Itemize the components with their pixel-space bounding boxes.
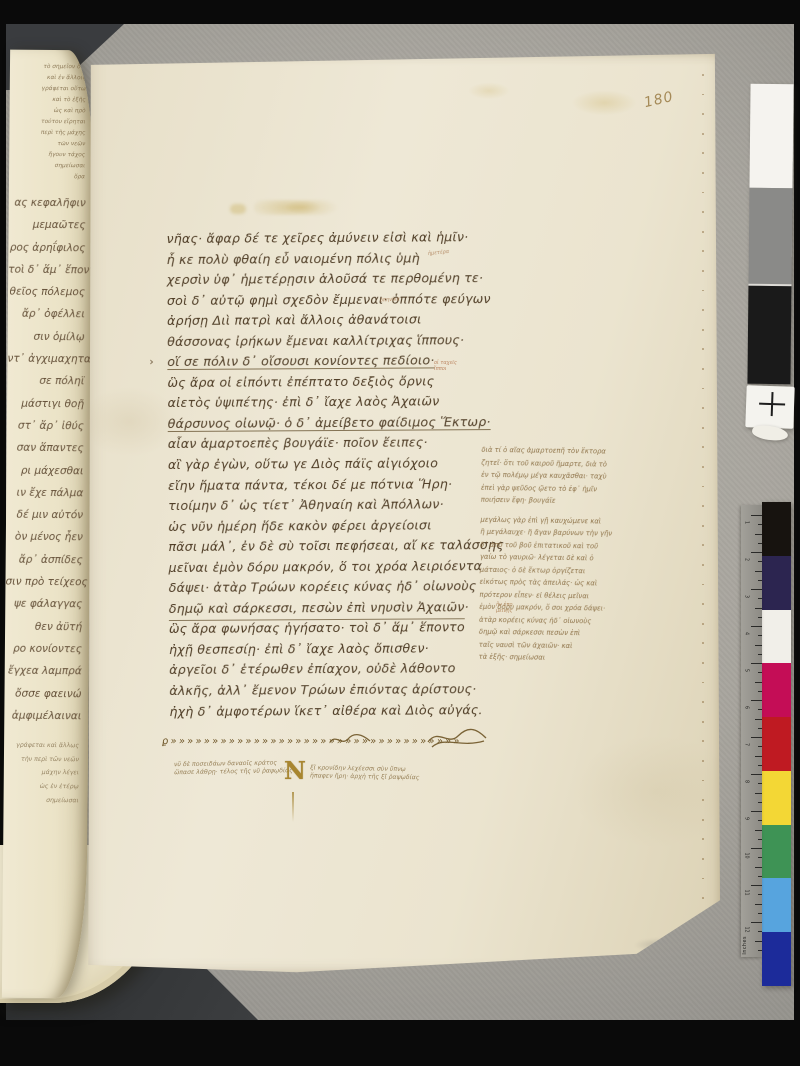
ruler-tick-major [751, 663, 762, 664]
prick-hole [702, 211, 704, 213]
facing-note-line: σημείωσαι [4, 793, 88, 807]
facing-line-endings: ας κεφαλῆφινμεμαῶτεςρος ἀρηΐφιλοςτοὶ δ᾽ … [4, 192, 93, 728]
facing-verse-ending: ἔγχεα λαμπρά [5, 660, 89, 683]
ruler-number: 11 [744, 889, 749, 897]
ruler-number: 8 [744, 778, 749, 786]
verse-line: νῆας· ἄφαρ δέ τε χεῖρες ἀμύνειν εἰσὶ καὶ… [166, 227, 506, 250]
facing-verse-ending: ρος ἀρηΐφιλος [8, 236, 92, 259]
verse-line: ἀρήσῃ Διὶ πατρὶ καὶ ἄλλοις ἀθανάτοισι [167, 309, 507, 332]
faded-gold-heading [254, 200, 350, 215]
verse-text-block: νῆας· ἄφαρ δέ τε χεῖρες ἀμύνειν εἰσὶ καὶ… [166, 227, 509, 722]
ruler-tick-quarter [758, 654, 762, 655]
verse-line: ἦ κε πολὺ φθαίη εὖ ναιομένη πόλις ὑμὴ [167, 248, 507, 271]
verse-line: ἀργεῖοι δ᾽ ἑτέρωθεν ἐπίαχον, οὐδὲ λάθοντ… [169, 658, 509, 681]
ruler-tick-minor [755, 830, 762, 831]
color-patch-blue [762, 932, 791, 986]
verse-line: πᾶσι μάλ᾽, ἐν δὲ σὺ τοῖσι πεφήσεαι, αἴ κ… [168, 535, 508, 558]
verse-line: τιοίμην δ᾽ ὡς τίετ᾽ Ἀθηναίη καὶ Ἀπόλλων· [168, 494, 508, 517]
ruler-tick-minor [755, 904, 762, 905]
facing-note-line: ὡς ἐν ἑτέρῳ [4, 780, 88, 794]
prick-hole [702, 250, 704, 252]
prick-hole [702, 544, 704, 546]
ruler-tick-quarter [758, 876, 762, 877]
verse-line: εἴην ἤματα πάντα, τέκοι δέ με πότνια Ἥρη… [168, 474, 508, 497]
grayscale-calibration-bar [747, 84, 793, 384]
grayscale-patch-black [747, 286, 791, 384]
prick-hole [702, 329, 704, 331]
ruler-tick-quarter [758, 691, 762, 692]
ruler-tick-minor [755, 682, 762, 683]
prick-hole [702, 192, 704, 194]
prick-hole [702, 505, 704, 507]
prick-hole [702, 819, 704, 821]
prick-hole [702, 662, 704, 664]
prick-hole [702, 858, 704, 860]
manuscript-photo: τὸ σημεῖον ὅτικαὶ ἐν ἄλλοιςγράφεται οὕτω… [0, 0, 800, 1066]
ruler-unit-label: Inches [743, 936, 748, 955]
ruler-tick-quarter [758, 561, 762, 562]
ruler-tick-quarter [758, 894, 762, 895]
ruler-number: 1 [744, 519, 749, 527]
prick-hole [702, 172, 704, 174]
facing-verse-ending: ντ᾽ ἀγχιμαχηταί [7, 348, 91, 371]
prick-hole [702, 290, 704, 292]
ruler-tick-minor [755, 608, 762, 609]
colophon-right-note: ξῖ κρονίδην λεχέεσσι σὺν ὕπνῳ ἤπαφεν ἥρη… [310, 764, 500, 784]
prick-hole [702, 446, 704, 448]
facing-verse-ending: ἄρ᾽ ἀσπίδες [6, 548, 90, 571]
facing-verse-ending: σαν ἅπαντες [7, 437, 91, 460]
ruler-tick-quarter [758, 728, 762, 729]
ruler-number: 2 [744, 556, 749, 564]
ruler-tick-minor [755, 941, 762, 942]
facing-scholion-line: τῶν νεῶν [9, 139, 93, 151]
prick-hole [702, 623, 704, 625]
ruler-tick-quarter [758, 543, 762, 544]
prick-hole [702, 270, 704, 272]
ruler-tick-quarter [758, 950, 762, 951]
color-patch-white [762, 610, 791, 664]
verse-line: ὡς νῦν ἡμέρη ἥδε κακὸν φέρει ἀργείοισι [168, 515, 508, 538]
ruler-tick-quarter [758, 709, 762, 710]
ruler-tick-major [751, 848, 762, 849]
interlinear-gloss: οἱ ταχεῖς ἵπποι [434, 361, 457, 373]
prick-hole [702, 152, 704, 154]
color-patch-navy [762, 556, 791, 610]
prick-hole [702, 838, 704, 840]
verse-line: ἀλκῆς, ἀλλ᾽ ἔμενον Τρώων ἐπιόντας ἀρίστο… [169, 679, 509, 702]
facing-verse-ending: ρο κονίοντες [5, 638, 89, 661]
verse-line: αἲ γὰρ ἐγὼν, οὕτω γε Διὸς πάϊς αἰγιόχοιο [168, 453, 508, 476]
prick-hole [702, 94, 704, 96]
prick-hole [702, 348, 704, 350]
facing-verse-ending: ρι μάχεσθαι [6, 459, 90, 482]
prick-hole [702, 642, 704, 644]
color-patch-sky-blue [762, 878, 791, 932]
facing-note-line: μάχην λέγει [4, 766, 88, 780]
parchment-page: 180 νῆας· ἄφαρ δέ τε χεῖρες ἀμύνειν εἰσὶ… [78, 52, 720, 976]
prick-hole [702, 407, 704, 409]
ruler-number: 4 [744, 630, 749, 638]
verse-line: ὣς ἄρα οἱ εἰπόντι ἐπέπτατο δεξιὸς ὄρνις [167, 371, 507, 394]
verse-line: χερσὶν ὑφ᾽ ἡμετέρῃσιν ἁλοῦσά τε περθομέν… [167, 268, 507, 291]
facing-scholion-line: καὶ τὸ ἑξῆς [10, 95, 94, 107]
prick-hole [702, 368, 704, 370]
facing-scholia: τὸ σημεῖον ὅτικαὶ ἐν ἄλλοιςγράφεται οὕτω… [9, 62, 94, 184]
verse-line: θάρσυνος οἰωνῷ· ὁ δ᾽ ἀμείβετο φαίδιμος Ἕ… [168, 412, 508, 435]
verse-line: δάψει· ἀτὰρ Τρώων κορέεις κύνας ἠδ᾽ οἰων… [169, 576, 509, 599]
verse-line: αἶαν ἁμαρτοεπὲς βουγάϊε· ποῖον ἔειπες· [168, 432, 508, 455]
facing-note-line: τὴν περὶ τῶν νεῶν [4, 752, 88, 766]
faded-gold-heading-trace [230, 204, 246, 214]
prick-hole [702, 427, 704, 429]
facing-note-line: γράφεται καὶ ἄλλως [4, 739, 88, 753]
facing-scholion-line: τὸ σημεῖον ὅτι [10, 62, 94, 74]
facing-verse-ending: ὄσσε φαεινώ [4, 682, 88, 705]
prick-hole [702, 780, 704, 782]
verse-line: θάσσονας ἰρήκων ἔμεναι καλλίτριχας ἵππου… [167, 330, 507, 353]
ruler-tick-minor [755, 793, 762, 794]
ruler-tick-quarter [758, 617, 762, 618]
ruler-number: 3 [744, 593, 749, 601]
prick-hole [702, 74, 704, 76]
facing-verse-ending: μεμαῶτες [9, 214, 93, 237]
ruler-tick-major [751, 589, 762, 590]
prick-hole [702, 231, 704, 233]
facing-verse-ending: θεῖος πόλεμος [8, 281, 92, 304]
registration-tab [745, 385, 794, 429]
ruler-tick-quarter [758, 765, 762, 766]
grayscale-patch-white [749, 84, 793, 188]
facing-verse-ending: δέ μιν αὐτόν [6, 504, 90, 527]
ruler-number: 9 [744, 815, 749, 823]
prick-hole [702, 799, 704, 801]
ruler-tick-minor [755, 571, 762, 572]
ruler-tick-quarter [758, 580, 762, 581]
ruler-number: 6 [744, 704, 749, 712]
facing-verse-ending: σιν ὁμίλῳ [8, 325, 92, 348]
prick-hole [702, 309, 704, 311]
facing-verse-ending: ἀμφιμέλαιναι [4, 704, 88, 727]
ruler-tick-quarter [758, 802, 762, 803]
verse-line: σοὶ δ᾽ αὐτῷ φημὶ σχεδὸν ἔμμεναι· ὁππότε … [167, 289, 507, 312]
facing-verse-ending: μάστιγι θοῇ [7, 392, 91, 415]
prick-hole [702, 740, 704, 742]
ruler: 123456789101112 Inches [741, 505, 762, 957]
prick-hole [702, 584, 704, 586]
facing-verse-ending: ἄρ᾽ ὀφέλλει [8, 303, 92, 326]
color-patch-red [762, 717, 791, 771]
ruler-tick-quarter [758, 598, 762, 599]
ruler-tick-quarter [758, 783, 762, 784]
book-initial-nu: Ν [284, 756, 306, 785]
grayscale-patch-mid-gray [748, 188, 792, 286]
ruler-tick-minor [755, 719, 762, 720]
facing-verse-ending: ας κεφαλῆφιν [9, 192, 93, 215]
color-patch-yellow [762, 771, 791, 825]
prick-hole [702, 113, 704, 115]
facing-scholion-line: καὶ ἐν ἄλλοις [10, 73, 94, 85]
ruler-tick-quarter [758, 635, 762, 636]
facing-scholion-line: γράφεται οὕτω [10, 84, 94, 96]
facing-scholion-line: ὅρα [9, 172, 93, 184]
flourish-icon [328, 732, 372, 748]
ruler-tick-quarter [758, 839, 762, 840]
ruler-tick-major [751, 737, 762, 738]
prick-hole [702, 878, 704, 880]
facing-scholion-line: περὶ τῆς μάχης [9, 128, 93, 140]
color-patch-green [762, 825, 791, 879]
ruler-tick-major [751, 515, 762, 516]
verse-line: ἠχῇ θεσπεσίῃ· ἐπὶ δ᾽ ἴαχε λαὸς ὄπισθεν· [169, 638, 509, 661]
ruler-tick-minor [755, 756, 762, 757]
prick-hole [702, 603, 704, 605]
color-patch-black [762, 502, 791, 556]
initial-descender [292, 792, 294, 822]
folio-number: 180 [643, 89, 676, 111]
color-calibration-bar [762, 502, 791, 986]
facing-verse-ending: στ᾽ ἄρ᾽ ἰθύς [7, 415, 91, 438]
ruler-number: 5 [744, 667, 749, 675]
facing-verse-ending: ψε φάλαγγας [5, 593, 89, 616]
diple-mark: › [149, 352, 154, 373]
prick-hole [702, 564, 704, 566]
ruler-tick-quarter [758, 913, 762, 914]
prick-hole [702, 133, 704, 135]
ruler-tick-minor [755, 645, 762, 646]
prick-hole [702, 525, 704, 527]
verse-line: ἠχὴ δ᾽ ἀμφοτέρων ἵκετ᾽ αἰθέρα καὶ Διὸς α… [169, 700, 509, 723]
verse-line: αἰετὸς ὑψιπέτης· ἐπὶ δ᾽ ἴαχε λαὸς Ἀχαιῶν [168, 391, 508, 414]
color-patch-magenta [762, 663, 791, 717]
facing-verse-ending: θεν ἀϋτή [5, 615, 89, 638]
ruler-tick-major [751, 700, 762, 701]
ruler-number: 7 [744, 741, 749, 749]
scholion-line: ποιήσειν ἔφη· βουγάϊε [481, 494, 657, 509]
facing-verse-ending: σιν πρὸ τείχεος [5, 571, 89, 594]
marginal-scholia-block: διὰ τί ὁ αἴας ἁμαρτοεπῆ τὸν ἕκτοραζητεῖ·… [478, 444, 657, 666]
facing-scholion-line: σημείωσαι [9, 161, 93, 173]
flourish-icon [426, 724, 488, 750]
prick-hole [702, 701, 704, 703]
ruler-tick-major [751, 774, 762, 775]
ruler-tick-major [751, 922, 762, 923]
facing-verse-ending: ὸν μένος ἦεν [6, 526, 90, 549]
prick-hole [702, 682, 704, 684]
ruler-tick-major [751, 552, 762, 553]
facing-verse-ending: τοὶ δ᾽ ἅμ᾽ ἕποντο [8, 259, 92, 282]
facing-scholion-line: τούτου εἴρηται [9, 117, 93, 129]
ruler-tick-quarter [758, 857, 762, 858]
verse-line: ὣς ἄρα φωνήσας ἡγήσατο· τοὶ δ᾽ ἅμ᾽ ἕποντ… [169, 617, 509, 640]
ruler-tick-major [751, 626, 762, 627]
ruler-tick-quarter [758, 672, 762, 673]
ruler-tick-quarter [758, 524, 762, 525]
ruler-number: 10 [744, 852, 749, 860]
facing-verse-ending: ιν ἔχε πάλμα [6, 481, 90, 504]
facing-scholion-line: ἤγουν τάχος [9, 150, 93, 162]
prick-hole [702, 721, 704, 723]
prick-hole [702, 486, 704, 488]
ruler-tick-minor [755, 867, 762, 868]
ruler-tick-major [751, 811, 762, 812]
prick-hole [702, 897, 704, 899]
ruler-tick-quarter [758, 820, 762, 821]
ruler-tick-minor [755, 534, 762, 535]
verse-line: δημῷ καὶ σάρκεσσι, πεσὼν ἐπὶ νηυσὶν Ἀχαι… [169, 597, 509, 620]
ruler-tick-major [751, 885, 762, 886]
facing-verse-ending: σε πόληϊ [7, 370, 91, 393]
ruler-number: 12 [744, 926, 749, 934]
facing-page-edge: τὸ σημεῖον ὅτικαὶ ἐν ἄλλοιςγράφεται οὕτω… [2, 50, 94, 999]
facing-scholion-line: ὡς καὶ πρὸ [10, 106, 94, 118]
ruler-tick-quarter [758, 746, 762, 747]
prick-hole [702, 466, 704, 468]
ruler-tick-quarter [758, 931, 762, 932]
verse-line: μεῖναι ἐμὸν δόρυ μακρόν, ὅ τοι χρόα λειρ… [169, 556, 509, 579]
facing-bottom-notes: γράφεται καὶ ἄλλωςτὴν περὶ τῶν νεῶνμάχην… [4, 739, 89, 808]
prick-hole [702, 760, 704, 762]
prick-hole [702, 388, 704, 390]
scholion-line: τὰ ἑξῆς· σημείωσαι [478, 651, 654, 666]
